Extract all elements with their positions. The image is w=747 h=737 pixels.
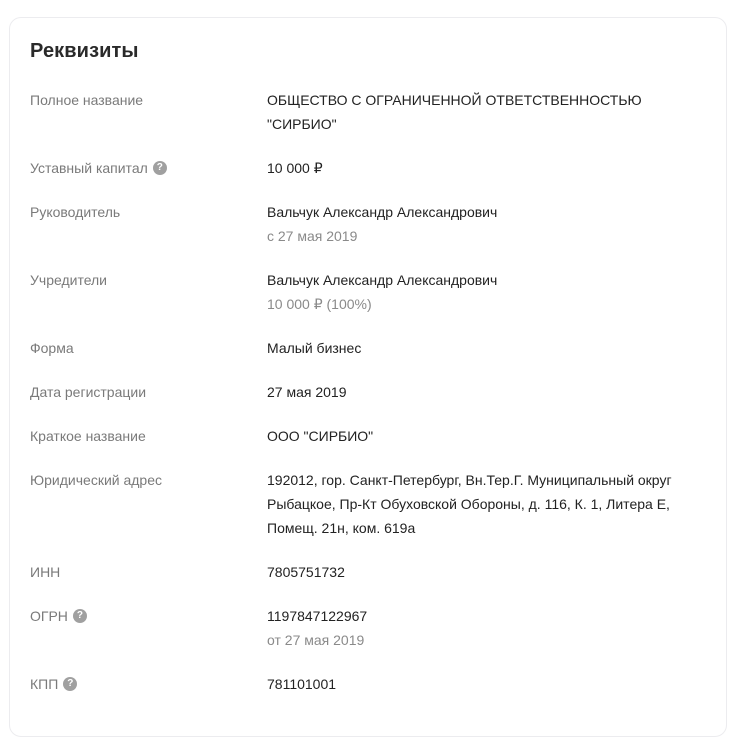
capital-amount: 10 000 ₽ — [267, 156, 710, 180]
founder-name: Вальчук Александр Александрович — [267, 268, 710, 292]
short-name-value: ООО "СИРБИО" — [267, 424, 710, 448]
reg-date-value: 27 мая 2019 — [267, 380, 710, 404]
founders-label-text: Учредители — [30, 268, 107, 292]
form-label: Форма — [30, 336, 267, 360]
form-label-text: Форма — [30, 336, 74, 360]
help-icon[interactable]: ? — [73, 609, 87, 623]
director-since: с 27 мая 2019 — [267, 224, 710, 248]
reg-date-label: Дата регистрации — [30, 380, 267, 404]
full-name-label-text: Полное название — [30, 88, 143, 112]
address-text: 192012, гор. Санкт-Петербург, Вн.Тер.Г. … — [267, 468, 710, 540]
capital-label-text: Уставный капитал — [30, 156, 148, 180]
kpp-label-text: КПП — [30, 672, 58, 696]
kpp-label: КПП ? — [30, 672, 267, 696]
founders-value: Вальчук Александр Александрович 10 000 ₽… — [267, 268, 710, 316]
ogrn-value: 1197847122967 от 27 мая 2019 — [267, 604, 710, 652]
inn-value: 7805751732 — [267, 560, 710, 584]
short-name-label-text: Краткое название — [30, 424, 146, 448]
short-name-text: ООО "СИРБИО" — [267, 424, 710, 448]
short-name-label: Краткое название — [30, 424, 267, 448]
address-label: Юридический адрес — [30, 468, 267, 492]
row-ogrn: ОГРН ? 1197847122967 от 27 мая 2019 — [30, 604, 710, 652]
inn-label: ИНН — [30, 560, 267, 584]
founders-label: Учредители — [30, 268, 267, 292]
full-name-text: ОБЩЕСТВО С ОГРАНИЧЕННОЙ ОТВЕТСТВЕННОСТЬЮ… — [267, 88, 710, 136]
ogrn-date: от 27 мая 2019 — [267, 628, 710, 652]
director-label: Руководитель — [30, 200, 267, 224]
reg-date-label-text: Дата регистрации — [30, 380, 146, 404]
row-inn: ИНН 7805751732 — [30, 560, 710, 584]
director-label-text: Руководитель — [30, 200, 120, 224]
full-name-value: ОБЩЕСТВО С ОГРАНИЧЕННОЙ ОТВЕТСТВЕННОСТЬЮ… — [267, 88, 710, 136]
ogrn-number: 1197847122967 — [267, 604, 710, 628]
director-name: Вальчук Александр Александрович — [267, 200, 710, 224]
inn-label-text: ИНН — [30, 560, 60, 584]
kpp-text: 781101001 — [267, 672, 710, 696]
requisites-list: Полное название ОБЩЕСТВО С ОГРАНИЧЕННОЙ … — [30, 88, 710, 715]
founder-share: 10 000 ₽ (100%) — [267, 292, 710, 316]
form-text: Малый бизнес — [267, 336, 710, 360]
director-value: Вальчук Александр Александрович с 27 мая… — [267, 200, 710, 248]
row-director: Руководитель Вальчук Александр Александр… — [30, 200, 710, 248]
address-value: 192012, гор. Санкт-Петербург, Вн.Тер.Г. … — [267, 468, 710, 540]
row-founders: Учредители Вальчук Александр Александров… — [30, 268, 710, 316]
full-name-label: Полное название — [30, 88, 267, 112]
row-full-name: Полное название ОБЩЕСТВО С ОГРАНИЧЕННОЙ … — [30, 88, 710, 136]
form-value: Малый бизнес — [267, 336, 710, 360]
requisites-card: Реквизиты Полное название ОБЩЕСТВО С ОГР… — [9, 17, 727, 715]
row-address: Юридический адрес 192012, гор. Санкт-Пет… — [30, 468, 710, 540]
ogrn-label: ОГРН ? — [30, 604, 267, 628]
kpp-value: 781101001 — [267, 672, 710, 696]
help-icon[interactable]: ? — [63, 677, 77, 691]
inn-text: 7805751732 — [267, 560, 710, 584]
ogrn-label-text: ОГРН — [30, 604, 68, 628]
row-short-name: Краткое название ООО "СИРБИО" — [30, 424, 710, 448]
help-icon[interactable]: ? — [153, 161, 167, 175]
row-form: Форма Малый бизнес — [30, 336, 710, 360]
row-reg-date: Дата регистрации 27 мая 2019 — [30, 380, 710, 404]
reg-date-text: 27 мая 2019 — [267, 380, 710, 404]
card-title: Реквизиты — [30, 40, 139, 63]
capital-value: 10 000 ₽ — [267, 156, 710, 180]
row-kpp: КПП ? 781101001 — [30, 672, 710, 696]
capital-label: Уставный капитал ? — [30, 156, 267, 180]
row-capital: Уставный капитал ? 10 000 ₽ — [30, 156, 710, 180]
address-label-text: Юридический адрес — [30, 468, 162, 492]
